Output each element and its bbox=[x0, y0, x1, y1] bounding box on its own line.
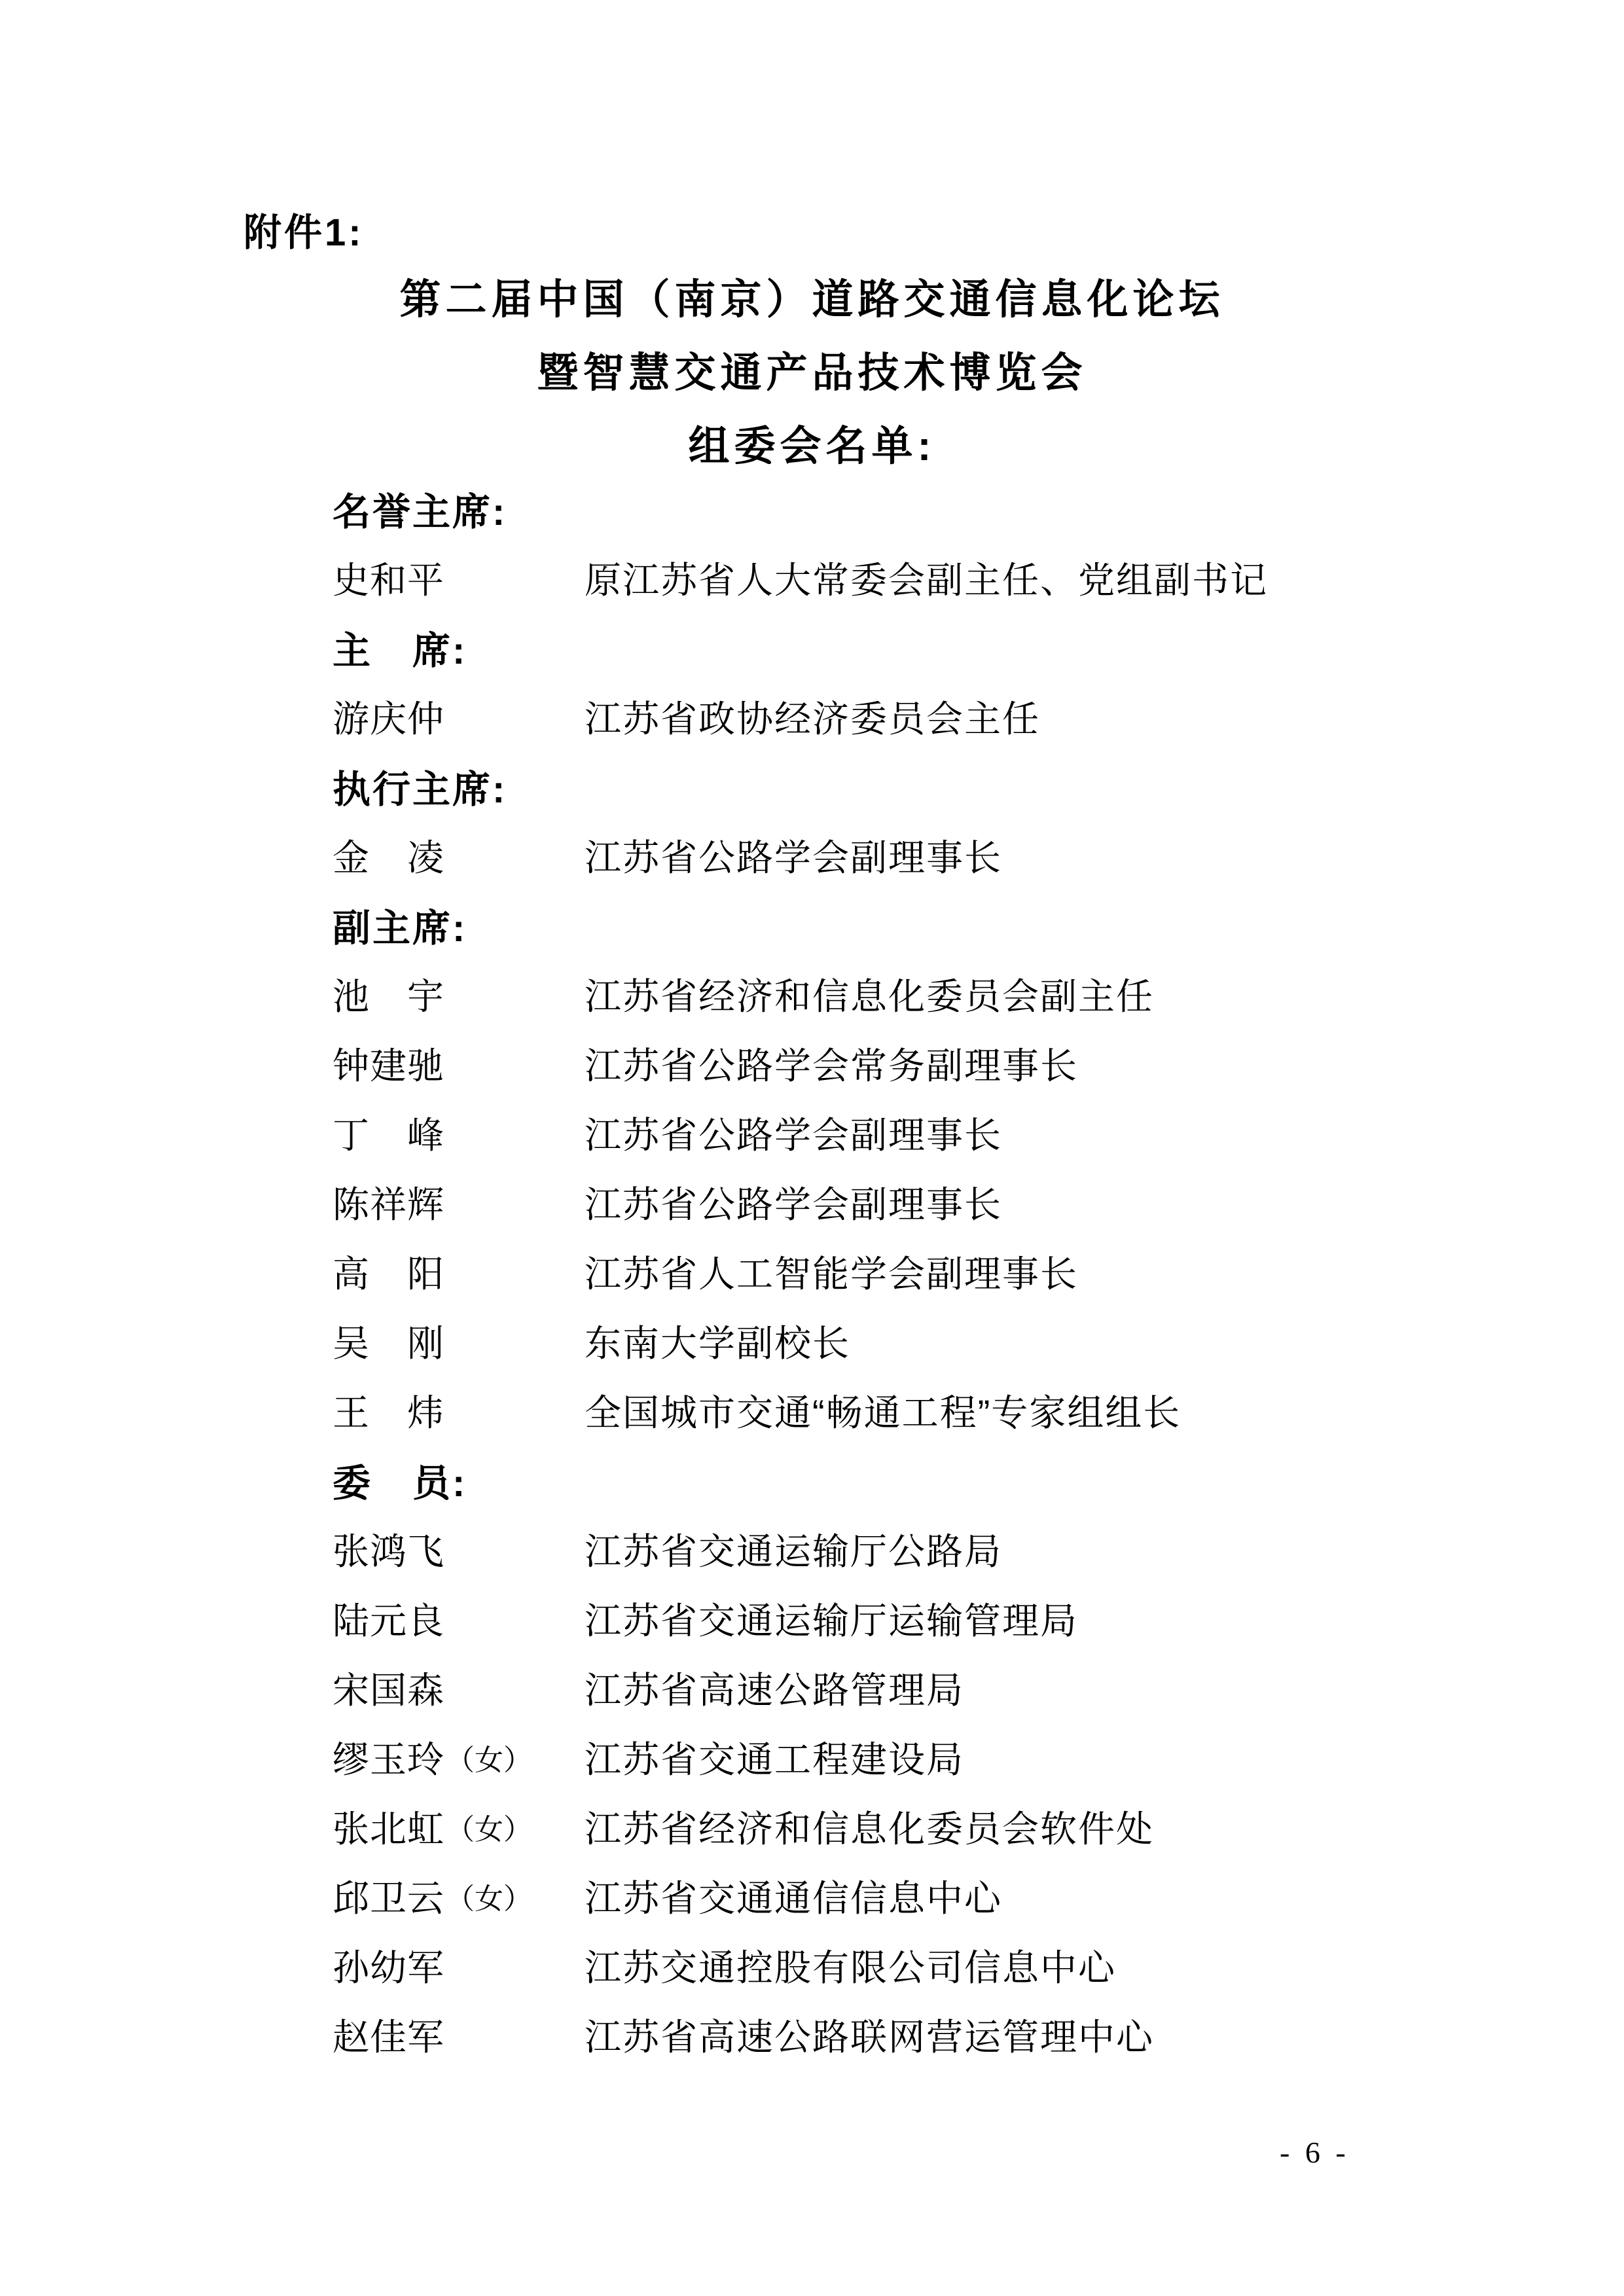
member-organization: 江苏省公路学会常务副理事长 bbox=[585, 1037, 1078, 1090]
member-row: 高 阳江苏省人工智能学会副理事长 bbox=[333, 1237, 1485, 1306]
member-organization: 全国城市交通“畅通工程”专家组组长 bbox=[585, 1384, 1181, 1437]
member-row: 钟建驰江苏省公路学会常务副理事长 bbox=[333, 1029, 1485, 1098]
member-name-cell: 宋国森 bbox=[333, 1662, 585, 1714]
member-name-cell: 池 宇 bbox=[333, 968, 585, 1020]
document-title-line2: 暨智慧交通产品技术博览会 bbox=[0, 336, 1624, 410]
member-organization: 江苏省交通通信信息中心 bbox=[585, 1870, 1002, 1922]
page-number: - 6 - bbox=[1280, 2135, 1350, 2170]
member-name: 赵佳军 bbox=[333, 2009, 444, 2061]
member-organization: 江苏省经济和信息化委员会软件处 bbox=[585, 1801, 1154, 1853]
member-name: 孙幼军 bbox=[333, 1939, 444, 1992]
member-name-cell: 钟建驰 bbox=[333, 1037, 585, 1090]
member-row: 张鸿飞江苏省交通运输厅公路局 bbox=[333, 1515, 1485, 1584]
member-name: 王 炜 bbox=[333, 1384, 444, 1437]
member-organization: 江苏省公路学会副理事长 bbox=[585, 1107, 1002, 1159]
section-header-row: 名誉主席: bbox=[333, 474, 1485, 543]
member-organization: 江苏省交通运输厅公路局 bbox=[585, 1523, 1002, 1575]
member-row: 吴 刚东南大学副校长 bbox=[333, 1306, 1485, 1376]
member-name: 丁 峰 bbox=[333, 1107, 444, 1159]
member-name: 邱卫云 bbox=[333, 1870, 444, 1922]
document-title-line3: 组委会名单: bbox=[0, 410, 1624, 483]
member-row: 游庆仲江苏省政协经济委员会主任 bbox=[333, 682, 1485, 751]
member-name: 陆元良 bbox=[333, 1592, 444, 1645]
member-name-cell: 陆元良 bbox=[333, 1592, 585, 1645]
member-name-cell: 金 凌 bbox=[333, 829, 585, 882]
member-row: 王 炜全国城市交通“畅通工程”专家组组长 bbox=[333, 1376, 1485, 1445]
member-name: 陈祥辉 bbox=[333, 1176, 444, 1229]
member-name-cell: 丁 峰 bbox=[333, 1107, 585, 1159]
member-gender-note: （女） bbox=[446, 1806, 532, 1848]
member-name-cell: 陈祥辉 bbox=[333, 1176, 585, 1229]
member-name-cell: 赵佳军 bbox=[333, 2009, 585, 2061]
member-row: 丁 峰江苏省公路学会副理事长 bbox=[333, 1098, 1485, 1168]
section-header-label: 执行主席: bbox=[333, 759, 507, 814]
member-organization: 江苏省经济和信息化委员会副主任 bbox=[585, 968, 1154, 1020]
member-organization: 江苏省交通工程建设局 bbox=[585, 1731, 964, 1784]
member-name: 金 凌 bbox=[333, 829, 444, 882]
section-header-row: 主 席: bbox=[333, 613, 1485, 682]
member-name: 高 阳 bbox=[333, 1246, 444, 1298]
section-header-label: 名誉主席: bbox=[333, 481, 507, 536]
member-gender-note: （女） bbox=[446, 1875, 532, 1917]
member-row: 缪玉玲（女）江苏省交通工程建设局 bbox=[333, 1723, 1485, 1792]
member-row: 陆元良江苏省交通运输厅运输管理局 bbox=[333, 1584, 1485, 1653]
section-header-label: 副主席: bbox=[333, 897, 467, 952]
member-name-cell: 高 阳 bbox=[333, 1246, 585, 1298]
member-organization: 江苏省交通运输厅运输管理局 bbox=[585, 1592, 1078, 1645]
member-name: 钟建驰 bbox=[333, 1037, 444, 1090]
member-organization: 江苏省高速公路管理局 bbox=[585, 1662, 964, 1714]
member-organization: 东南大学副校长 bbox=[585, 1315, 850, 1367]
document-page: 附件1: 第二届中国（南京）道路交通信息化论坛 暨智慧交通产品技术博览会 组委会… bbox=[0, 0, 1624, 2296]
section-header-row: 委 员: bbox=[333, 1445, 1485, 1515]
member-organization: 江苏省高速公路联网营运管理中心 bbox=[585, 2009, 1154, 2061]
section-header-row: 副主席: bbox=[333, 890, 1485, 960]
member-organization: 江苏省政协经济委员会主任 bbox=[585, 691, 1040, 743]
member-row: 赵佳军江苏省高速公路联网营运管理中心 bbox=[333, 2000, 1485, 2070]
committee-roster: 名誉主席:史和平原江苏省人大常委会副主任、党组副书记主 席:游庆仲江苏省政协经济… bbox=[333, 474, 1485, 2070]
section-header-label: 委 员: bbox=[333, 1452, 467, 1507]
member-organization: 江苏省公路学会副理事长 bbox=[585, 1176, 1002, 1229]
member-organization: 原江苏省人大常委会副主任、党组副书记 bbox=[585, 552, 1268, 604]
member-name: 张鸿飞 bbox=[333, 1523, 444, 1575]
member-organization: 江苏省公路学会副理事长 bbox=[585, 829, 1002, 882]
member-row: 宋国森江苏省高速公路管理局 bbox=[333, 1653, 1485, 1723]
member-name: 宋国森 bbox=[333, 1662, 444, 1714]
member-row: 陈祥辉江苏省公路学会副理事长 bbox=[333, 1168, 1485, 1237]
member-name: 史和平 bbox=[333, 552, 444, 604]
member-name-cell: 孙幼军 bbox=[333, 1939, 585, 1992]
member-name: 张北虹 bbox=[333, 1801, 444, 1853]
member-gender-note: （女） bbox=[446, 1736, 532, 1778]
member-name-cell: 史和平 bbox=[333, 552, 585, 604]
member-name-cell: 游庆仲 bbox=[333, 691, 585, 743]
member-row: 邱卫云（女）江苏省交通通信信息中心 bbox=[333, 1861, 1485, 1931]
member-name: 缪玉玲 bbox=[333, 1731, 444, 1784]
document-title-block: 第二届中国（南京）道路交通信息化论坛 暨智慧交通产品技术博览会 组委会名单: bbox=[0, 263, 1624, 483]
attachment-label: 附件1: bbox=[244, 202, 364, 257]
member-name-cell: 吴 刚 bbox=[333, 1315, 585, 1367]
member-name-cell: 邱卫云（女） bbox=[333, 1870, 585, 1922]
member-row: 张北虹（女）江苏省经济和信息化委员会软件处 bbox=[333, 1792, 1485, 1861]
member-name-cell: 张北虹（女） bbox=[333, 1801, 585, 1853]
member-row: 池 宇江苏省经济和信息化委员会副主任 bbox=[333, 960, 1485, 1029]
document-title-line1: 第二届中国（南京）道路交通信息化论坛 bbox=[0, 263, 1624, 336]
member-name-cell: 缪玉玲（女） bbox=[333, 1731, 585, 1784]
section-header-label: 主 席: bbox=[333, 620, 467, 675]
member-organization: 江苏交通控股有限公司信息中心 bbox=[585, 1939, 1116, 1992]
section-header-row: 执行主席: bbox=[333, 751, 1485, 821]
member-name-cell: 张鸿飞 bbox=[333, 1523, 585, 1575]
member-row: 金 凌江苏省公路学会副理事长 bbox=[333, 821, 1485, 890]
member-name: 游庆仲 bbox=[333, 691, 444, 743]
member-row: 孙幼军江苏交通控股有限公司信息中心 bbox=[333, 1931, 1485, 2000]
member-organization: 江苏省人工智能学会副理事长 bbox=[585, 1246, 1078, 1298]
member-row: 史和平原江苏省人大常委会副主任、党组副书记 bbox=[333, 543, 1485, 613]
member-name-cell: 王 炜 bbox=[333, 1384, 585, 1437]
member-name: 吴 刚 bbox=[333, 1315, 444, 1367]
member-name: 池 宇 bbox=[333, 968, 444, 1020]
